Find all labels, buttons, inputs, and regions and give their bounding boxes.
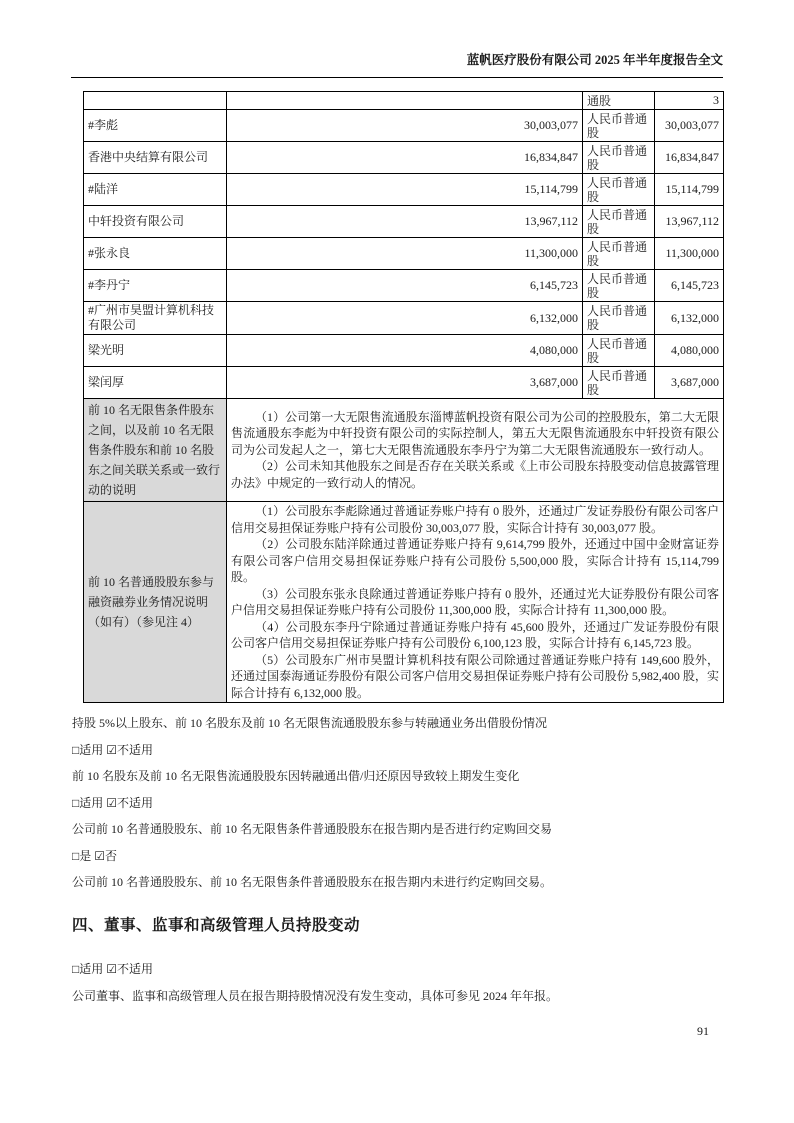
applicability-line: □适用 ☑不适用 bbox=[72, 962, 723, 977]
note-paragraph: （2）公司未知其他股东之间是否存在关联关系或《上市公司股东持股变动信息披露管理办… bbox=[231, 458, 719, 491]
related-party-note-row: 前 10 名无限售条件股东之间，以及前 10 名无限售条件股东和前 10 名股东… bbox=[84, 399, 724, 502]
table-row: #李彪 30,003,077 人民币普通股 30,003,077 bbox=[84, 110, 724, 142]
table-row: #陆洋 15,114,799 人民币普通股 15,114,799 bbox=[84, 174, 724, 206]
note-label-cell: 前 10 名普通股股东参与融资融券业务情况说明（如有）（参见注 4） bbox=[84, 502, 227, 703]
note-content-cell: （1）公司股东李彪除通过普通证券账户持有 0 股外，还通过广发证券股份有限公司客… bbox=[227, 502, 724, 703]
note-paragraph: （1）公司第一大无限售流通股东淄博蓝帆投资有限公司为公司的控股股东，第二大无限售… bbox=[231, 409, 719, 459]
share-class-cell: 人民币普通股 bbox=[583, 142, 655, 174]
share-class-cell: 通股 bbox=[583, 92, 655, 110]
shareholder-name-cell: #张永良 bbox=[84, 238, 227, 270]
shares-cell: 15,114,799 bbox=[227, 174, 583, 206]
section-four-heading: 四、董事、监事和高级管理人员持股变动 bbox=[72, 913, 723, 935]
lending-change-statement: 前 10 名股东及前 10 名无限售流通股股东因转融通出借/归还原因导致较上期发… bbox=[72, 769, 723, 784]
shares-cell: 30,003,077 bbox=[227, 110, 583, 142]
shares-cell: 13,967,112 bbox=[227, 206, 583, 238]
total-shares-cell: 16,834,847 bbox=[655, 142, 724, 174]
share-class-cell: 人民币普通股 bbox=[583, 206, 655, 238]
share-class-cell: 人民币普通股 bbox=[583, 238, 655, 270]
note-paragraph: （4）公司股东李丹宁除通过普通证券账户持有 45,600 股外，还通过广发证券股… bbox=[231, 619, 719, 652]
repurchase-conclusion-statement: 公司前 10 名普通股股东、前 10 名无限售条件普通股股东在报告期内未进行约定… bbox=[72, 875, 723, 890]
shareholder-table: 通股 3 #李彪 30,003,077 人民币普通股 30,003,077 香港… bbox=[83, 91, 724, 703]
note-paragraph: （3）公司股东张永良除通过普通证券账户持有 0 股外，还通过光大证券股份有限公司… bbox=[231, 586, 719, 619]
share-class-cell: 人民币普通股 bbox=[583, 174, 655, 206]
share-class-cell: 人民币普通股 bbox=[583, 302, 655, 335]
share-class-cell: 人民币普通股 bbox=[583, 367, 655, 399]
applicability-line: □适用 ☑不适用 bbox=[72, 743, 723, 758]
table-row: 梁光明 4,080,000 人民币普通股 4,080,000 bbox=[84, 335, 724, 367]
shares-cell: 6,145,723 bbox=[227, 270, 583, 302]
lending-business-statement: 持股 5%以上股东、前 10 名股东及前 10 名无限售流通股股东参与转融通业务… bbox=[72, 716, 723, 731]
total-shares-cell: 11,300,000 bbox=[655, 238, 724, 270]
empty-cell bbox=[227, 92, 583, 110]
report-page: 蓝帆医疗股份有限公司 2025 年半年度报告全文 通股 3 #李彪 30,003… bbox=[0, 0, 794, 1123]
total-shares-cell: 15,114,799 bbox=[655, 174, 724, 206]
report-header-title: 蓝帆医疗股份有限公司 2025 年半年度报告全文 bbox=[467, 53, 723, 67]
total-shares-cell: 3,687,000 bbox=[655, 367, 724, 399]
shareholder-name-cell: #广州市昊盟计算机科技有限公司 bbox=[84, 302, 227, 335]
applicability-line: □适用 ☑不适用 bbox=[72, 796, 723, 811]
page-number: 91 bbox=[697, 1024, 709, 1039]
report-header: 蓝帆医疗股份有限公司 2025 年半年度报告全文 bbox=[71, 50, 723, 78]
total-shares-cell: 3 bbox=[655, 92, 724, 110]
shares-cell: 4,080,000 bbox=[227, 335, 583, 367]
shareholder-name-cell: #李彪 bbox=[84, 110, 227, 142]
table-row: #李丹宁 6,145,723 人民币普通股 6,145,723 bbox=[84, 270, 724, 302]
table-carryover-row: 通股 3 bbox=[84, 92, 724, 110]
table-row: #广州市昊盟计算机科技有限公司 6,132,000 人民币普通股 6,132,0… bbox=[84, 302, 724, 335]
note-paragraph: （2）公司股东陆洋除通过普通证券账户持有 9,614,799 股外，还通过中国中… bbox=[231, 536, 719, 586]
shareholder-name-cell: 中轩投资有限公司 bbox=[84, 206, 227, 238]
margin-trading-note-row: 前 10 名普通股股东参与融资融券业务情况说明（如有）（参见注 4） （1）公司… bbox=[84, 502, 724, 703]
table-row: 梁闰厚 3,687,000 人民币普通股 3,687,000 bbox=[84, 367, 724, 399]
shares-cell: 3,687,000 bbox=[227, 367, 583, 399]
shareholder-name-cell: 梁光明 bbox=[84, 335, 227, 367]
yes-no-line: □是 ☑否 bbox=[72, 849, 723, 864]
total-shares-cell: 6,145,723 bbox=[655, 270, 724, 302]
shareholder-name-cell: 梁闰厚 bbox=[84, 367, 227, 399]
empty-cell bbox=[84, 92, 227, 110]
repurchase-question-statement: 公司前 10 名普通股股东、前 10 名无限售条件普通股股东在报告期内是否进行约… bbox=[72, 822, 723, 837]
note-paragraph: （1）公司股东李彪除通过普通证券账户持有 0 股外，还通过广发证券股份有限公司客… bbox=[231, 503, 719, 536]
table-row: 香港中央结算有限公司 16,834,847 人民币普通股 16,834,847 bbox=[84, 142, 724, 174]
shareholder-name-cell: #李丹宁 bbox=[84, 270, 227, 302]
total-shares-cell: 13,967,112 bbox=[655, 206, 724, 238]
total-shares-cell: 30,003,077 bbox=[655, 110, 724, 142]
section-four-paragraph: 公司董事、监事和高级管理人员在报告期持股情况没有发生变动，具体可参见 2024 … bbox=[72, 989, 723, 1004]
shares-cell: 16,834,847 bbox=[227, 142, 583, 174]
note-paragraph: （5）公司股东广州市昊盟计算机科技有限公司除通过普通证券账户持有 149,600… bbox=[231, 652, 719, 702]
note-content-cell: （1）公司第一大无限售流通股东淄博蓝帆投资有限公司为公司的控股股东，第二大无限售… bbox=[227, 399, 724, 502]
shares-cell: 6,132,000 bbox=[227, 302, 583, 335]
shareholder-name-cell: 香港中央结算有限公司 bbox=[84, 142, 227, 174]
shares-cell: 11,300,000 bbox=[227, 238, 583, 270]
share-class-cell: 人民币普通股 bbox=[583, 335, 655, 367]
table-row: #张永良 11,300,000 人民币普通股 11,300,000 bbox=[84, 238, 724, 270]
table-row: 中轩投资有限公司 13,967,112 人民币普通股 13,967,112 bbox=[84, 206, 724, 238]
post-table-statements: 持股 5%以上股东、前 10 名股东及前 10 名无限售流通股股东参与转融通业务… bbox=[72, 716, 723, 890]
note-label-cell: 前 10 名无限售条件股东之间，以及前 10 名无限售条件股东和前 10 名股东… bbox=[84, 399, 227, 502]
shareholder-name-cell: #陆洋 bbox=[84, 174, 227, 206]
total-shares-cell: 6,132,000 bbox=[655, 302, 724, 335]
total-shares-cell: 4,080,000 bbox=[655, 335, 724, 367]
share-class-cell: 人民币普通股 bbox=[583, 110, 655, 142]
share-class-cell: 人民币普通股 bbox=[583, 270, 655, 302]
